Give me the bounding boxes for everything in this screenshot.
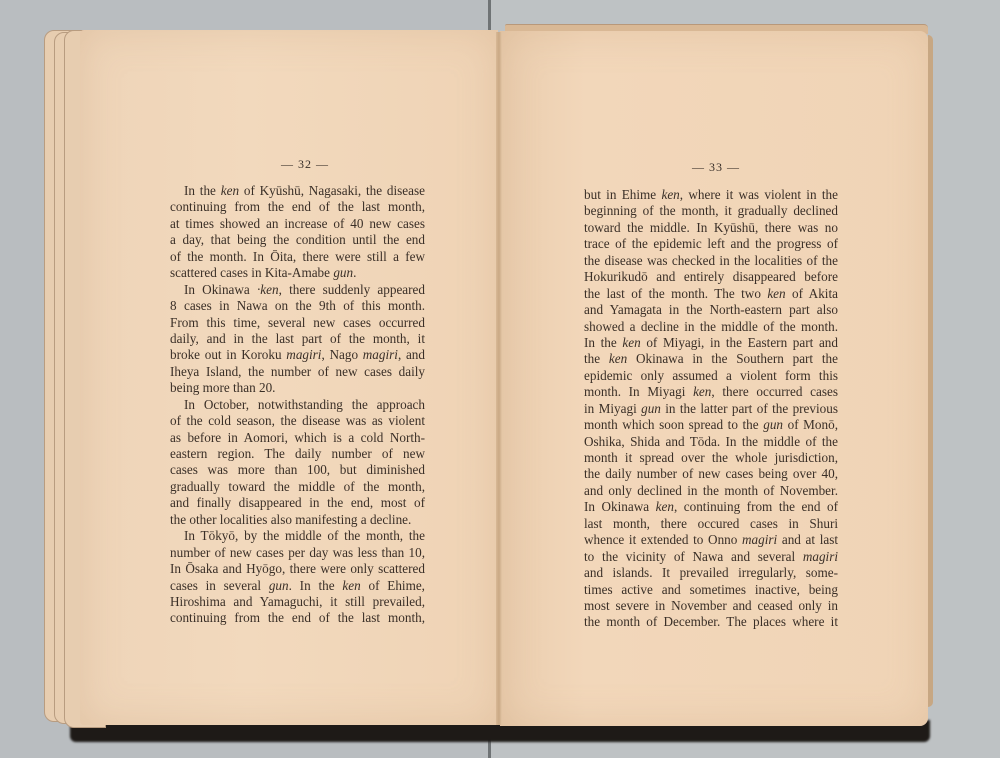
italic-term: ken [622, 335, 640, 350]
text-run: the daily number of new cases being over… [584, 466, 838, 481]
text-line: to the vicinity of Nawa and several magi… [584, 549, 838, 565]
text-run: In Tōkyō, by the middle of the month, th… [184, 528, 425, 543]
book-gutter [496, 32, 502, 725]
text-line: the ken Okinawa in the Southern part the [584, 351, 838, 367]
text-line: Hiroshima and Yamaguchi, it still prevai… [170, 594, 425, 610]
text-run: cases was more than 100, but diminished [170, 462, 425, 477]
italic-term: gun [641, 401, 661, 416]
text-run: broke out in Koroku [170, 347, 286, 362]
text-run: , continuing from the end of [674, 499, 838, 514]
text-run: gradually toward the middle of the month… [170, 479, 425, 494]
italic-term: magiri [363, 347, 398, 362]
text-run: epidemic only assumed a violent form thi… [584, 368, 838, 383]
text-line: in Miyagi gun in the latter part of the … [584, 401, 838, 417]
text-run: Hiroshima and Yamaguchi, it still prevai… [170, 594, 425, 609]
text-line: In Okinawa ·ken, there suddenly appeared [170, 282, 425, 298]
text-run: continuing from the end of the last mont… [170, 199, 425, 214]
text-line: broke out in Koroku magiri, Nago magiri,… [170, 347, 425, 363]
text-line: and islands. It prevailed irregularly, s… [584, 565, 838, 581]
text-run: , where it was violent in the [680, 187, 838, 202]
text-run: in the latter part of the previous [661, 401, 838, 416]
italic-term: ken [693, 384, 711, 399]
text-line: and only declined in the month of Novemb… [584, 483, 838, 499]
text-run: , Nago [321, 347, 362, 362]
text-line: In October, notwithstanding the approach [170, 397, 425, 413]
text-run: toward the middle. In Kyūshū, there was … [584, 220, 838, 235]
text-run: Iheya Island, the number of new cases da… [170, 364, 425, 379]
text-run: a day, that being the condition until th… [170, 232, 425, 247]
italic-term: ·ken [257, 282, 279, 297]
text-run: In the [584, 335, 622, 350]
text-line: the disease was checked in the localitie… [584, 253, 838, 269]
text-run: eastern region. The daily number of new [170, 446, 425, 461]
text-line: scattered cases in Kita-Amabe gun. [170, 265, 425, 281]
text-run: and Yamagata in the North-eastern part a… [584, 302, 838, 317]
text-line: the month of December. The places where … [584, 614, 838, 630]
text-run: continuing from the end of the last mont… [170, 610, 425, 625]
text-line: times active and sometimes inactive, bei… [584, 582, 838, 598]
text-line: and Yamagata in the North-eastern part a… [584, 302, 838, 318]
text-run: From this time, several new cases occurr… [170, 315, 425, 330]
text-line: of the month. In Ōita, there were still … [170, 249, 425, 265]
text-line: whence it extended to Onno magiri and at… [584, 532, 838, 548]
text-run: trace of the epidemic left and the progr… [584, 236, 838, 251]
text-run: the month of December. The places where … [584, 614, 838, 629]
left-page-text: In the ken of Kyūshū, Nagasaki, the dise… [170, 183, 425, 627]
text-run: , and [398, 347, 425, 362]
text-run: of Kyūshū, Nagasaki, the disease [239, 183, 425, 198]
text-run: and finally disappeared in the end, most… [170, 495, 425, 510]
text-line: most severe in November and ceased only … [584, 598, 838, 614]
text-run: times active and sometimes inactive, bei… [584, 582, 838, 597]
italic-term: ken [656, 499, 674, 514]
italic-term: ken [661, 187, 679, 202]
text-run: Hokurikudō and entirely disappeared befo… [584, 269, 838, 284]
text-line: 8 cases in Nawa on the 9th of this month… [170, 298, 425, 314]
text-line: month which soon spread to the gun of Mo… [584, 417, 838, 433]
left-page-number: — 32 — [281, 157, 329, 172]
text-run: month. In Miyagi [584, 384, 693, 399]
text-run: of Miyagi, in the Eastern part and [641, 335, 838, 350]
italic-term: ken [342, 578, 360, 593]
text-run: beginning of the month, it gradually dec… [584, 203, 838, 218]
text-line: From this time, several new cases occurr… [170, 315, 425, 331]
italic-term: magiri [286, 347, 321, 362]
right-page-side-edge [928, 35, 933, 707]
text-line: and finally disappeared in the end, most… [170, 495, 425, 511]
text-line: In Okinawa ken, continuing from the end … [584, 499, 838, 515]
text-run: and only declined in the month of Novemb… [584, 483, 838, 498]
text-run: number of new cases per day was less tha… [170, 545, 425, 560]
text-line: the other localities also manifesting a … [170, 512, 425, 528]
text-run: cases in several [170, 578, 269, 593]
text-line: gradually toward the middle of the month… [170, 479, 425, 495]
text-run: showed a decline in the middle of the mo… [584, 319, 838, 334]
text-line: cases in several gun. In the ken of Ehim… [170, 578, 425, 594]
text-run: In Ōsaka and Hyōgo, there were only scat… [170, 561, 425, 576]
text-line: beginning of the month, it gradually dec… [584, 203, 838, 219]
text-line: Iheya Island, the number of new cases da… [170, 364, 425, 380]
text-run: the other localities also manifesting a … [170, 512, 411, 527]
text-run: month it spread over the whole jurisdict… [584, 450, 838, 465]
italic-term: ken [221, 183, 239, 198]
right-page-number: — 33 — [692, 160, 740, 175]
text-run: of the cold season, the disease was as v… [170, 413, 425, 428]
text-run: of Monō, [783, 417, 838, 432]
text-line: showed a decline in the middle of the mo… [584, 319, 838, 335]
text-line: of the cold season, the disease was as v… [170, 413, 425, 429]
text-line: Hokurikudō and entirely disappeared befo… [584, 269, 838, 285]
text-line: at times showed an increase of 40 new ca… [170, 216, 425, 232]
text-run: to the vicinity of Nawa and several [584, 549, 803, 564]
text-line: In Tōkyō, by the middle of the month, th… [170, 528, 425, 544]
text-run: most severe in November and ceased only … [584, 598, 838, 613]
text-run: the last of the month. The two [584, 286, 767, 301]
italic-term: magiri [803, 549, 838, 564]
text-run: In Okinawa [184, 282, 257, 297]
text-run: month which soon spread to the [584, 417, 763, 432]
text-line: epidemic only assumed a violent form thi… [584, 368, 838, 384]
text-line: month it spread over the whole jurisdict… [584, 450, 838, 466]
text-run: Oshika, Shida and Tōda. In the middle of… [584, 434, 838, 449]
text-line: but in Ehime ken, where it was violent i… [584, 187, 838, 203]
text-run: whence it extended to Onno [584, 532, 742, 547]
text-run: as before in Aomori, which is a cold Nor… [170, 430, 425, 445]
text-line: daily, and in the last part of the month… [170, 331, 425, 347]
text-run: In October, notwithstanding the approach [184, 397, 425, 412]
text-run: of Akita [786, 286, 838, 301]
text-line: last month, there occured cases in Shuri [584, 516, 838, 532]
text-line: In Ōsaka and Hyōgo, there were only scat… [170, 561, 425, 577]
text-line: eastern region. The daily number of new [170, 446, 425, 462]
text-run: but in Ehime [584, 187, 661, 202]
text-line: continuing from the end of the last mont… [170, 199, 425, 215]
italic-term: ken [767, 286, 785, 301]
text-run: In Okinawa [584, 499, 656, 514]
text-run: of the month. In Ōita, there were still … [170, 249, 425, 264]
text-line: a day, that being the condition until th… [170, 232, 425, 248]
text-line: Oshika, Shida and Tōda. In the middle of… [584, 434, 838, 450]
text-run: In the [184, 183, 221, 198]
text-run: the [584, 351, 609, 366]
text-run: the disease was checked in the localitie… [584, 253, 838, 268]
text-line: being more than 20. [170, 380, 425, 396]
italic-term: ken [609, 351, 627, 366]
text-run: last month, there occured cases in Shuri [584, 516, 838, 531]
text-run: 8 cases in Nawa on the 9th of this month… [170, 298, 425, 313]
text-run: , there occurred cases [711, 384, 838, 399]
text-run: of Ehime, [361, 578, 425, 593]
text-run: and at last [777, 532, 838, 547]
text-line: In the ken of Kyūshū, Nagasaki, the dise… [170, 183, 425, 199]
italic-term: gun [269, 578, 289, 593]
italic-term: magiri [742, 532, 777, 547]
text-run: at times showed an increase of 40 new ca… [170, 216, 425, 231]
text-line: trace of the epidemic left and the progr… [584, 236, 838, 252]
text-line: the daily number of new cases being over… [584, 466, 838, 482]
italic-term: gun [333, 265, 353, 280]
text-line: as before in Aomori, which is a cold Nor… [170, 430, 425, 446]
text-run: Okinawa in the Southern part the [627, 351, 838, 366]
text-line: month. In Miyagi ken, there occurred cas… [584, 384, 838, 400]
text-line: In the ken of Miyagi, in the Eastern par… [584, 335, 838, 351]
right-page-text: but in Ehime ken, where it was violent i… [584, 187, 838, 631]
text-line: continuing from the end of the last mont… [170, 610, 425, 626]
text-run: . [353, 265, 356, 280]
text-run: being more than 20. [170, 380, 275, 395]
text-run: in Miyagi [584, 401, 641, 416]
italic-term: gun [763, 417, 783, 432]
text-run: scattered cases in Kita-Amabe [170, 265, 333, 280]
text-line: toward the middle. In Kyūshū, there was … [584, 220, 838, 236]
text-run: . In the [289, 578, 343, 593]
text-run: and islands. It prevailed irregularly, s… [584, 565, 838, 580]
text-line: cases was more than 100, but diminished [170, 462, 425, 478]
text-line: the last of the month. The two ken of Ak… [584, 286, 838, 302]
text-run: daily, and in the last part of the month… [170, 331, 425, 346]
text-line: number of new cases per day was less tha… [170, 545, 425, 561]
text-run: , there suddenly appeared [279, 282, 425, 297]
